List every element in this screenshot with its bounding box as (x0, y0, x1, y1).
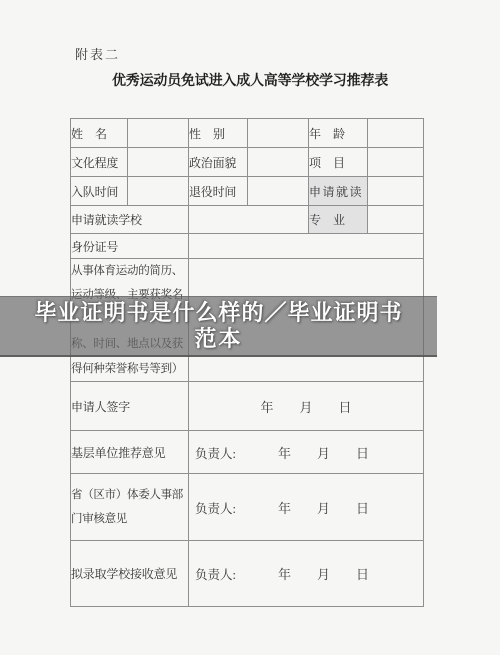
input-cell-political-status (248, 148, 309, 177)
input-cell-retire-time (248, 177, 309, 206)
table-row: 身份证号 (71, 234, 424, 259)
field-label-education: 文化程度 (71, 148, 128, 177)
field-label-applicant-signature: 申请人签字 (71, 382, 189, 431)
date-placeholder: 年 月 日 (278, 498, 369, 517)
responsible-person-label: 负责人: (195, 444, 236, 462)
committee-label-line-2: 门审核意见 (71, 507, 188, 531)
field-label-political-status: 政治面貌 (189, 148, 248, 177)
date-placeholder: 年 月 日 (260, 400, 351, 415)
input-cell-age (368, 119, 424, 148)
input-cell-id-number (189, 234, 424, 259)
field-label-retire-time: 退役时间 (189, 177, 248, 206)
responsible-person-label: 负责人: (195, 565, 236, 583)
field-label-join-time: 入队时间 (71, 177, 128, 206)
signature-date-cell: 年 月 日 (189, 382, 424, 431)
resume-label-line-5: 得何种荣誉称号等到） (71, 357, 188, 381)
field-label-name: 姓 名 (71, 119, 128, 148)
watermark-overlay: 毕业证明书是什么样的／毕业证明书 范本 (0, 296, 437, 357)
unit-opinion-cell: 负责人: 年 月 日 (189, 431, 424, 474)
field-label-major: 专 业 (309, 206, 368, 234)
input-cell-education (128, 148, 189, 177)
responsible-person-label: 负责人: (195, 499, 236, 517)
field-label-gender: 性 别 (189, 119, 248, 148)
table-row: 基层单位推荐意见 负责人: 年 月 日 (71, 431, 424, 474)
field-label-age: 年 龄 (309, 119, 368, 148)
table-row: 文化程度 政治面貌 项 目 (71, 148, 424, 177)
recommendation-form-table: 姓 名 性 别 年 龄 文化程度 政治面貌 项 目 入队时间 退役时间 申请就读… (70, 118, 424, 607)
form-title: 优秀运动员免试进入成人高等学校学习推荐表 (0, 70, 500, 90)
table-row: 姓 名 性 别 年 龄 (71, 119, 424, 148)
input-cell-name (128, 119, 189, 148)
date-placeholder: 年 月 日 (278, 443, 369, 462)
table-row: 入队时间 退役时间 申请就读 (71, 177, 424, 206)
field-label-apply-school: 申请就读学校 (71, 206, 189, 234)
table-row: 拟录取学校接收意见 负责人: 年 月 日 (71, 541, 424, 607)
annex-label: 附表二 (75, 44, 120, 63)
table-row: 申请就读学校 专 业 (71, 206, 424, 234)
field-label-committee-opinion: 省（区市）体委人事部 门审核意见 (71, 474, 189, 541)
field-label-school-opinion: 拟录取学校接收意见 (71, 541, 189, 607)
date-placeholder: 年 月 日 (278, 564, 369, 583)
watermark-text-line2: 范本 (0, 326, 437, 352)
field-label-id-number: 身份证号 (71, 234, 189, 259)
committee-label-line-1: 省（区市）体委人事部 (71, 483, 188, 507)
input-cell-apply-school (189, 206, 309, 234)
input-cell-major (368, 206, 424, 234)
input-cell-gender (248, 119, 309, 148)
watermark-text-line1: 毕业证明书是什么样的／毕业证明书 (0, 299, 437, 326)
committee-opinion-cell: 负责人: 年 月 日 (189, 474, 424, 541)
input-cell-apply-study (368, 177, 424, 206)
field-label-unit-opinion: 基层单位推荐意见 (71, 431, 189, 474)
table-row: 省（区市）体委人事部 门审核意见 负责人: 年 月 日 (71, 474, 424, 541)
input-cell-sport-event (368, 148, 424, 177)
table-row: 申请人签字 年 月 日 (71, 382, 424, 431)
school-opinion-cell: 负责人: 年 月 日 (189, 541, 424, 607)
input-cell-join-time (128, 177, 189, 206)
field-label-sport-event: 项 目 (309, 148, 368, 177)
field-label-apply-study: 申请就读 (309, 177, 368, 206)
resume-label-line-1: 从事体育运动的简历、 (71, 259, 188, 283)
